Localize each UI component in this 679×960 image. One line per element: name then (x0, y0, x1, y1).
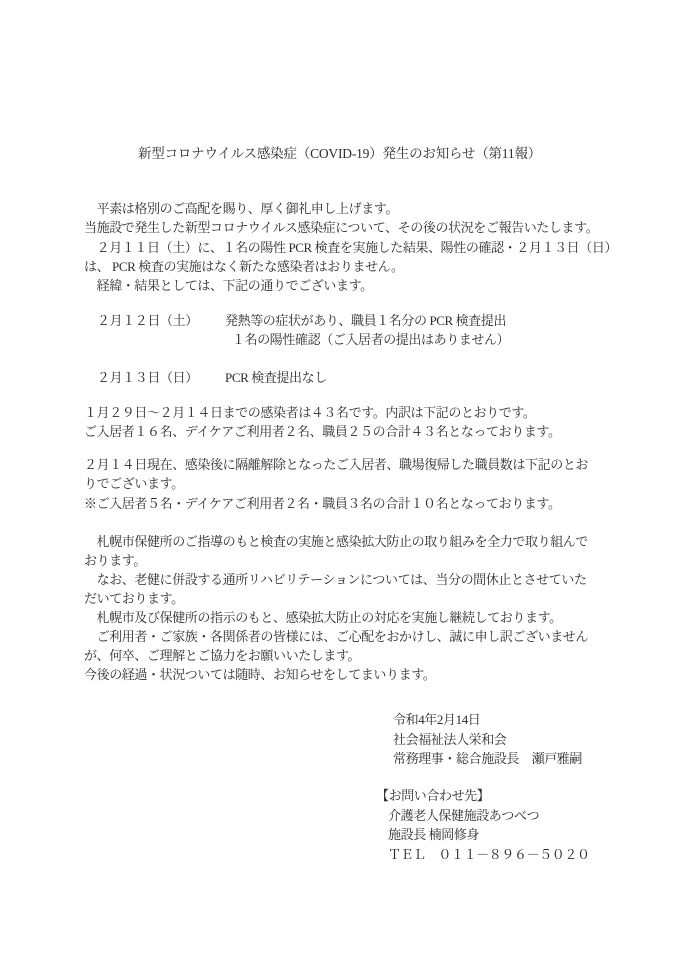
text-line: 札幌市及び保健所の指示のもと、感染拡大防止の対応を実施し継続しております。 (84, 608, 588, 627)
entry-line: １名の陽性確認（ご入居者の提出はありません） (225, 330, 509, 349)
text-line: 平素は格別のご高配を賜り、厚く御礼申し上げます。 (84, 199, 617, 218)
text-line: １月２９日～２月１４日までの感染者は４３名です。内訳は下記のとおりです。 (84, 403, 561, 422)
contact-facility: 介護老人保健施設あつべつ (376, 806, 590, 826)
text-line: ご利用者・ご家族・各関係者の皆様には、ご心配をおかけし、誠に申し訳ございません (84, 627, 588, 646)
signature-date: 令和4年2月14日 (393, 710, 582, 730)
text-line: ※ご入居者５名・デイケアご利用者２名・職員３名の合計１０名となっております。 (84, 494, 588, 513)
log-entry-feb13: ２月１３日（日） PCR 検査提出なし (97, 368, 327, 387)
document-page: 新型コロナウイルス感染症（COVID-19）発生のお知らせ（第11報） 平素は格… (0, 0, 679, 960)
text-line: ２月１４日現在、感染後に隔離解除となったご入居者、職場復帰した職員数は下記のとお (84, 455, 588, 474)
intro-paragraph: 平素は格別のご高配を賜り、厚く御礼申し上げます。 当施設で発生した新型コロナウイ… (84, 199, 617, 295)
signature-signer: 常務理事・総合施設長 瀬戸雅嗣 (393, 749, 582, 769)
entry-date: ２月１２日（土） (97, 311, 225, 330)
text-line: りでございます。 (84, 474, 588, 493)
contact-tel: ＴＥＬ ０１１－８９６－５０２０ (376, 845, 590, 865)
text-line: ２月１１日（土）に、１名の陽性 PCR 検査を実施した結果、陽性の確認・２月１３… (84, 238, 617, 257)
entry-line: 発熱等の症状があり、職員１名分の PCR 検査提出 (225, 311, 509, 330)
entry-date: ２月１３日（日） (97, 368, 225, 387)
recovery-paragraph: ２月１４日現在、感染後に隔離解除となったご入居者、職場復帰した職員数は下記のとお… (84, 455, 588, 513)
text-line: なお、老健に併設する通所リハビリテーションについては、当分の間休止とさせていた (84, 570, 588, 589)
text-line: 当施設で発生した新型コロナウイルス感染症について、その後の状況をご報告いたします… (84, 218, 617, 237)
closing-paragraph: 札幌市保健所のご指導のもと検査の実施と感染拡大防止の取り組みを全力で取り組んで … (84, 532, 588, 684)
contact-heading: 【お問い合わせ先】 (376, 786, 590, 806)
log-entry-feb12: ２月１２日（土） 発熱等の症状があり、職員１名分の PCR 検査提出 １名の陽性… (97, 311, 509, 350)
text-line: おります。 (84, 551, 588, 570)
signature-block: 令和4年2月14日 社会福祉法人栄和会 常務理事・総合施設長 瀬戸雅嗣 (393, 710, 582, 769)
infection-summary-paragraph: １月２９日～２月１４日までの感染者は４３名です。内訳は下記のとおりです。 ご入居… (84, 403, 561, 442)
text-line: 今後の経過・状況ついては随時、お知らせをしてまいります。 (84, 665, 588, 684)
signature-organization: 社会福祉法人栄和会 (393, 730, 582, 750)
document-title: 新型コロナウイルス感染症（COVID-19）発生のお知らせ（第11報） (0, 142, 679, 162)
text-line: だいております。 (84, 589, 588, 608)
entry-line: PCR 検査提出なし (225, 368, 327, 387)
entry-content: PCR 検査提出なし (225, 368, 327, 387)
entry-content: 発熱等の症状があり、職員１名分の PCR 検査提出 １名の陽性確認（ご入居者の提… (225, 311, 509, 350)
contact-director: 施設長 楠岡修身 (376, 825, 590, 845)
text-line: 札幌市保健所のご指導のもと検査の実施と感染拡大防止の取り組みを全力で取り組んで (84, 532, 588, 551)
contact-block: 【お問い合わせ先】 介護老人保健施設あつべつ 施設長 楠岡修身 ＴＥＬ ０１１－… (376, 786, 590, 864)
text-line: は、 PCR 検査の実施はなく新たな感染者はおりません。 (84, 257, 617, 276)
text-line: が、何卒、ご理解とご協力をお願いいたします。 (84, 646, 588, 665)
text-line: 経緯・結果としては、下記の通りでございます。 (84, 276, 617, 295)
text-line: ご入居者１６名、デイケアご利用者２名、職員２５の合計４３名となっております。 (84, 422, 561, 441)
